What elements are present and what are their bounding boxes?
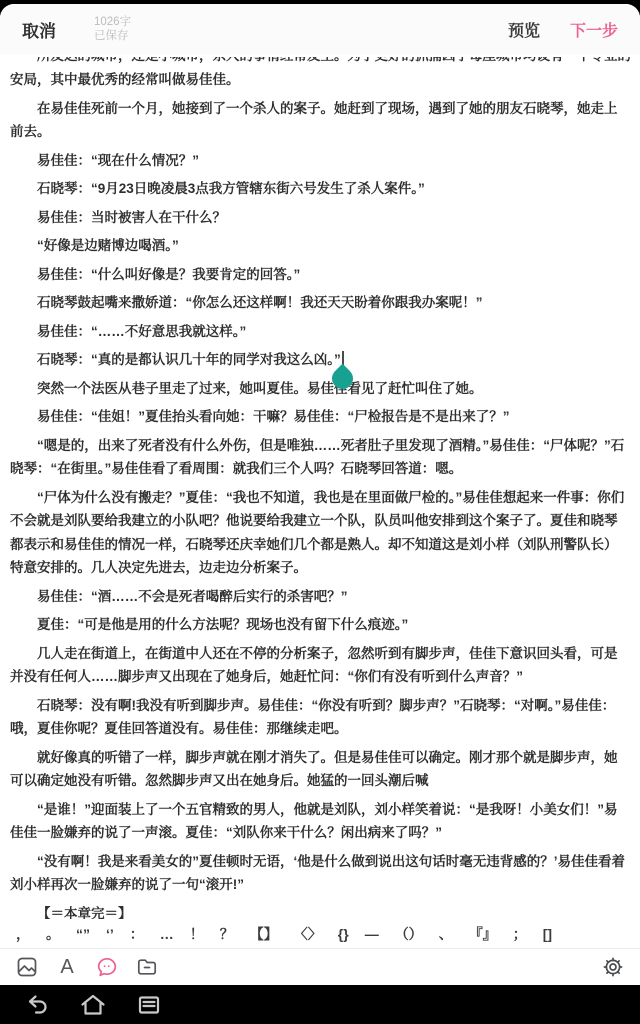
tablet-screen: 取消 1026字 已保存 预览 下一步 所发达的城市，还是小城市，杀人的事情经常… bbox=[0, 0, 640, 1024]
folder-icon[interactable] bbox=[134, 954, 160, 980]
paragraph[interactable]: “好像是边赌博边喝酒。” bbox=[10, 234, 630, 258]
punctuation-key[interactable]: — bbox=[357, 926, 387, 942]
paragraph[interactable]: 【＝本章完＝】 bbox=[10, 902, 630, 920]
paragraph[interactable]: “尸体为什么没有搬走？”夏佳：“我也不知道，我也是在里面做尸检的。”易佳佳想起来… bbox=[10, 486, 630, 580]
paragraph-text: 易佳佳：“佳姐！”夏佳抬头看向她：干嘛？易佳佳：“尸检报告是不是出来了？” bbox=[37, 409, 510, 424]
header-actions: 预览 下一步 bbox=[508, 18, 618, 41]
paragraph-text: “好像是边赌博边喝酒。” bbox=[37, 238, 179, 253]
paragraph[interactable]: “没有啊！我是来看美女的”夏佳顿时无语，‘他是什么做到说出这句话时毫无违背感的？… bbox=[10, 850, 630, 897]
paragraph[interactable]: 几人走在街道上，在街道中人还在不停的分析案子，忽然听到有脚步声，佳佳下意识回头看… bbox=[10, 642, 630, 689]
paragraph-text: 在易佳佳死前一个月，她接到了一个杀人的案子。她赶到了现场，遇到了她的朋友石晓琴，… bbox=[10, 101, 618, 140]
punctuation-key[interactable]: 【】 bbox=[242, 924, 286, 944]
paragraph-text: 易佳佳：“……不好意思我就这样。” bbox=[37, 324, 246, 339]
punctuation-key[interactable]: 。 bbox=[38, 924, 68, 944]
paragraph-text: 突然一个法医从巷子里走了过来，她叫夏佳。易佳佳看见了赶忙叫住了她。 bbox=[37, 381, 483, 396]
font-icon[interactable]: A bbox=[54, 954, 80, 980]
paragraph-text: “嗯是的，出来了死者没有什么外伤，但是唯独……死者肚子里发现了酒精。”易佳佳：“… bbox=[10, 438, 624, 477]
word-count-block: 1026字 已保存 bbox=[94, 15, 131, 44]
paragraph-text: 石晓琴：“9月23日晚凌晨3点我方管辖东街六号发生了杀人案件。” bbox=[37, 181, 425, 196]
paragraph[interactable]: 就好像真的听错了一样，脚步声就在刚才消失了。但是易佳佳可以确定。刚才那个就是脚步… bbox=[10, 746, 630, 793]
comment-bubble-icon[interactable] bbox=[94, 954, 120, 980]
paragraph[interactable]: 所发达的城市，还是小城市，杀人的事情经常发生。为了更好的抓捕凶手每座城市均设有一… bbox=[10, 57, 630, 66]
paragraph[interactable]: “嗯是的，出来了死者没有什么外伤，但是唯独……死者肚子里发现了酒精。”易佳佳：“… bbox=[10, 434, 630, 481]
paragraph[interactable]: 突然一个法医从巷子里走了过来，她叫夏佳。易佳佳看见了赶忙叫住了她。 bbox=[10, 377, 630, 401]
text-cursor bbox=[342, 351, 344, 367]
paragraph-text: 就好像真的听错了一样，脚步声就在刚才消失了。但是易佳佳可以确定。刚才那个就是脚步… bbox=[10, 750, 618, 789]
punctuation-key[interactable]: 、 bbox=[431, 924, 461, 944]
paragraph-text: 易佳佳：“现在什么情况？” bbox=[37, 153, 199, 168]
paragraph-text: 易佳佳：“什么叫好像是？我要肯定的回答。” bbox=[37, 267, 300, 282]
word-count: 1026字 bbox=[94, 15, 131, 29]
paragraph[interactable]: 易佳佳：“……不好意思我就这样。” bbox=[10, 320, 630, 344]
paragraph[interactable]: 易佳佳：“什么叫好像是？我要肯定的回答。” bbox=[10, 263, 630, 287]
punctuation-key[interactable]: {} bbox=[330, 926, 357, 942]
paragraph[interactable]: 石晓琴：“真的是都认识几十年的同学对我这么凶。” bbox=[10, 348, 630, 372]
editor-toolbar: A bbox=[0, 949, 640, 985]
punctuation-key[interactable]: ！ bbox=[182, 924, 212, 944]
paragraph[interactable]: 石晓琴：“9月23日晚凌晨3点我方管辖东街六号发生了杀人案件。” bbox=[10, 177, 630, 201]
paragraph-text: “尸体为什么没有搬走？”夏佳：“我也不知道，我也是在里面做尸检的。”易佳佳想起来… bbox=[10, 490, 624, 576]
paragraph[interactable]: 夏佳：“可是他是用的什么方法呢？现场也没有留下什么痕迹。” bbox=[10, 613, 630, 637]
paragraph[interactable]: 石晓琴：没有啊!我没有听到脚步声。易佳佳：“你没有听到？脚步声？”石晓琴：“对啊… bbox=[10, 694, 630, 741]
editor-text-area[interactable]: 所发达的城市，还是小城市，杀人的事情经常发生。为了更好的抓捕凶手每座城市均设有一… bbox=[0, 54, 640, 919]
editor-app-window: 取消 1026字 已保存 预览 下一步 所发达的城市，还是小城市，杀人的事情经常… bbox=[0, 4, 640, 985]
paragraph-text: “没有啊！我是来看美女的”夏佳顿时无语，‘他是什么做到说出这句话时毫无违背感的？… bbox=[10, 854, 625, 893]
punctuation-key[interactable]: ： bbox=[122, 924, 152, 944]
paragraph[interactable]: 易佳佳：“佳姐！”夏佳抬头看向她：干嘛？易佳佳：“尸检报告是不是出来了？” bbox=[10, 405, 630, 429]
punctuation-key[interactable]: … bbox=[152, 926, 182, 942]
punctuation-key[interactable]: ？ bbox=[212, 924, 242, 944]
punctuation-key[interactable]: 『』 bbox=[461, 924, 505, 944]
android-nav-bar bbox=[0, 985, 640, 1024]
paragraph-text: 所发达的城市，还是小城市，杀人的事情经常发生。为了更好的抓捕凶手每座城市均设有一… bbox=[10, 57, 630, 66]
punctuation-key[interactable]: （） bbox=[387, 924, 431, 944]
preview-button[interactable]: 预览 bbox=[508, 18, 540, 41]
paragraph[interactable]: 易佳佳：当时被害人在干什么？ bbox=[10, 206, 630, 230]
save-status: 已保存 bbox=[94, 29, 131, 43]
punctuation-key[interactable]: “” bbox=[68, 926, 98, 942]
paragraph-text: 石晓琴：没有啊!我没有听到脚步声。易佳佳：“你没有听到？脚步声？”石晓琴：“对啊… bbox=[10, 698, 615, 737]
paragraph-text: 夏佳：“可是他是用的什么方法呢？现场也没有留下什么痕迹。” bbox=[37, 617, 408, 632]
paragraph-text: 【＝本章完＝】 bbox=[37, 906, 132, 920]
paragraph-text: 几人走在街道上，在街道中人还在不停的分析案子，忽然听到有脚步声，佳佳下意识回头看… bbox=[10, 646, 618, 685]
editor-header: 取消 1026字 已保存 预览 下一步 bbox=[0, 4, 640, 54]
paragraph[interactable]: 在易佳佳死前一个月，她接到了一个杀人的案子。她赶到了现场，遇到了她的朋友石晓琴，… bbox=[10, 97, 630, 144]
settings-gear-icon[interactable] bbox=[600, 954, 626, 980]
paragraph[interactable]: 石晓琴鼓起嘴来撒娇道：“你怎么还这样啊！我还天天盼着你跟我办案呢！” bbox=[10, 291, 630, 315]
recent-apps-icon[interactable] bbox=[134, 990, 164, 1020]
punctuation-quick-bar: ，。“”‘’：…！？【】〈〉{}—（）、『』；[] bbox=[0, 919, 640, 949]
paragraph-text: 石晓琴：“真的是都认识几十年的同学对我这么凶。” bbox=[37, 352, 341, 367]
cancel-button[interactable]: 取消 bbox=[22, 17, 56, 42]
paragraph-text: “是谁！”迎面装上了一个五官精致的男人，他就是刘队，刘小样笑着说：“是我呀！小美… bbox=[10, 802, 618, 841]
home-icon[interactable] bbox=[78, 990, 108, 1020]
paragraph[interactable]: 易佳佳：“酒……不会是死者喝醉后实行的杀害吧？” bbox=[10, 585, 630, 609]
paragraph-text: 安局，其中最优秀的经常叫做易佳佳。 bbox=[10, 72, 240, 87]
paragraph[interactable]: 易佳佳：“现在什么情况？” bbox=[10, 149, 630, 173]
image-icon[interactable] bbox=[14, 954, 40, 980]
paragraph-text: 易佳佳：当时被害人在干什么？ bbox=[37, 210, 226, 225]
punctuation-key[interactable]: ； bbox=[505, 924, 535, 944]
next-step-button[interactable]: 下一步 bbox=[570, 18, 618, 41]
punctuation-key[interactable]: ‘’ bbox=[98, 926, 122, 942]
back-icon[interactable] bbox=[22, 990, 52, 1020]
paragraph-text: 易佳佳：“酒……不会是死者喝醉后实行的杀害吧？” bbox=[37, 589, 348, 604]
paragraph[interactable]: 安局，其中最优秀的经常叫做易佳佳。 bbox=[10, 68, 630, 92]
punctuation-key[interactable]: ， bbox=[8, 924, 38, 944]
paragraph-text: 石晓琴鼓起嘴来撒娇道：“你怎么还这样啊！我还天天盼着你跟我办案呢！” bbox=[37, 295, 483, 310]
punctuation-key[interactable]: [] bbox=[535, 926, 560, 942]
punctuation-key[interactable]: 〈〉 bbox=[286, 924, 330, 944]
paragraph[interactable]: “是谁！”迎面装上了一个五官精致的男人，他就是刘队，刘小样笑着说：“是我呀！小美… bbox=[10, 798, 630, 845]
